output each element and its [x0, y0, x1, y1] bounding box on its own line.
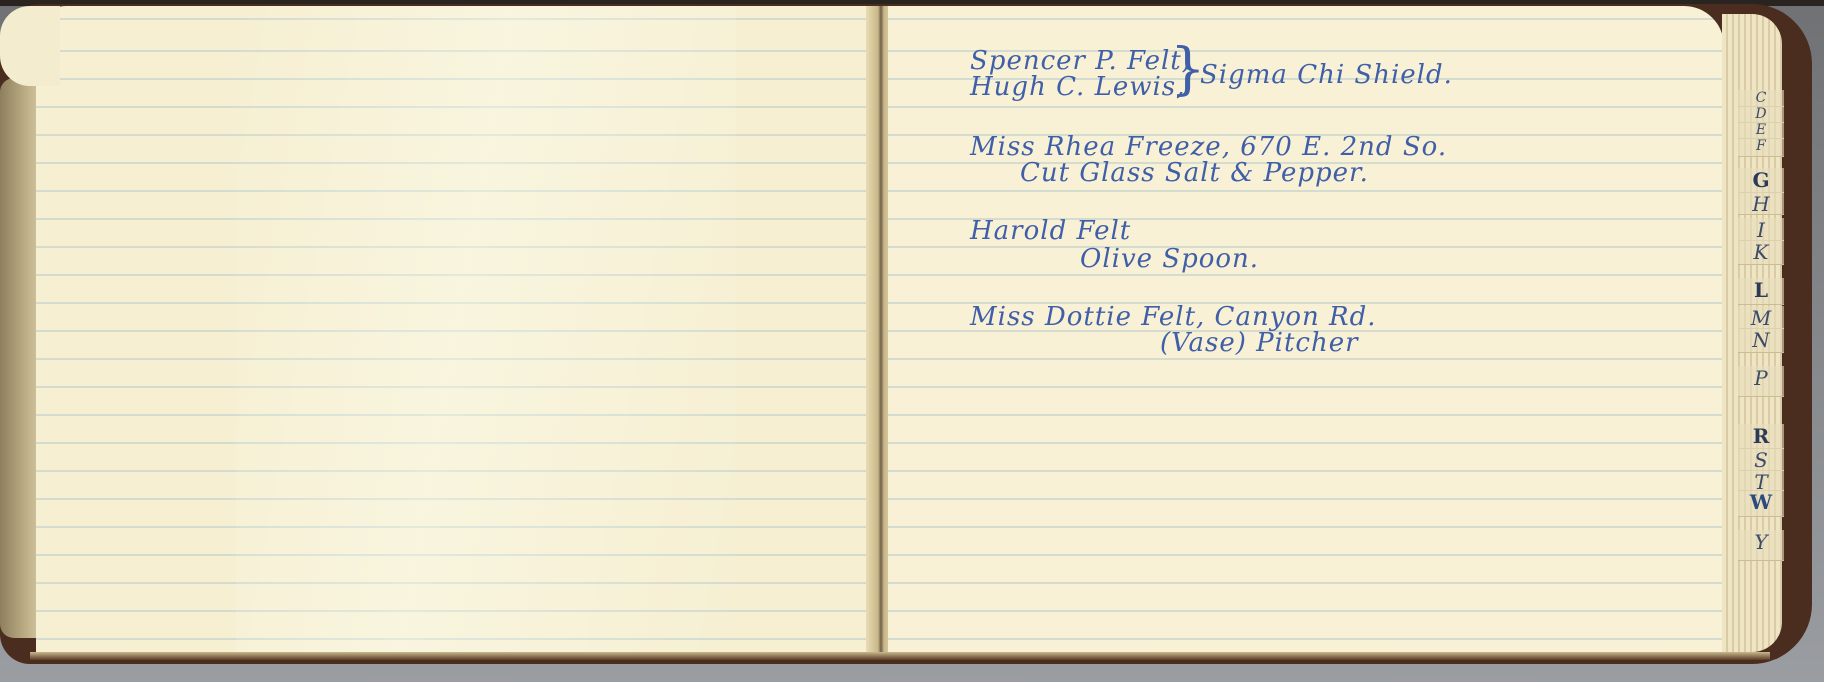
light-reflection	[236, 6, 736, 654]
entry-3-gift: Olive Spoon.	[1080, 244, 1259, 274]
bottom-edge	[30, 652, 1770, 660]
index-tab-l[interactable]: L	[1738, 278, 1784, 305]
index-tab-c[interactable]: C	[1738, 90, 1784, 107]
index-tab-m[interactable]: M	[1738, 306, 1784, 329]
cover-left-edge	[0, 78, 36, 638]
index-tab-r[interactable]: R	[1738, 424, 1784, 449]
index-tab-g[interactable]: G	[1738, 168, 1784, 193]
entry-1-gift: Sigma Chi Shield.	[1200, 60, 1453, 90]
index-tab-y[interactable]: Y	[1738, 530, 1784, 561]
entry-4-gift: (Vase) Pitcher	[1160, 328, 1359, 358]
index-tab-f[interactable]: F	[1738, 138, 1784, 157]
index-tab-e[interactable]: E	[1738, 122, 1784, 139]
index-tab-h[interactable]: H	[1738, 192, 1784, 215]
index-tab-p[interactable]: P	[1738, 366, 1784, 397]
index-tab-i[interactable]: I	[1738, 218, 1784, 241]
index-tab-w[interactable]: W	[1738, 490, 1784, 517]
entry-2-gift: Cut Glass Salt & Pepper.	[1020, 158, 1369, 188]
left-page	[36, 6, 872, 654]
index-tab-n[interactable]: N	[1738, 328, 1784, 353]
index-tab-t[interactable]: T	[1738, 470, 1784, 491]
entry-1-name-2: Hugh C. Lewis,	[970, 72, 1185, 102]
index-tab-k[interactable]: K	[1738, 240, 1784, 265]
index-tabs: C D E F G H I K L M N P R S T W Y	[1738, 90, 1790, 650]
index-tab-d[interactable]: D	[1738, 106, 1784, 123]
index-tab-s[interactable]: S	[1738, 448, 1784, 471]
entry-3-name: Harold Felt	[970, 216, 1131, 246]
